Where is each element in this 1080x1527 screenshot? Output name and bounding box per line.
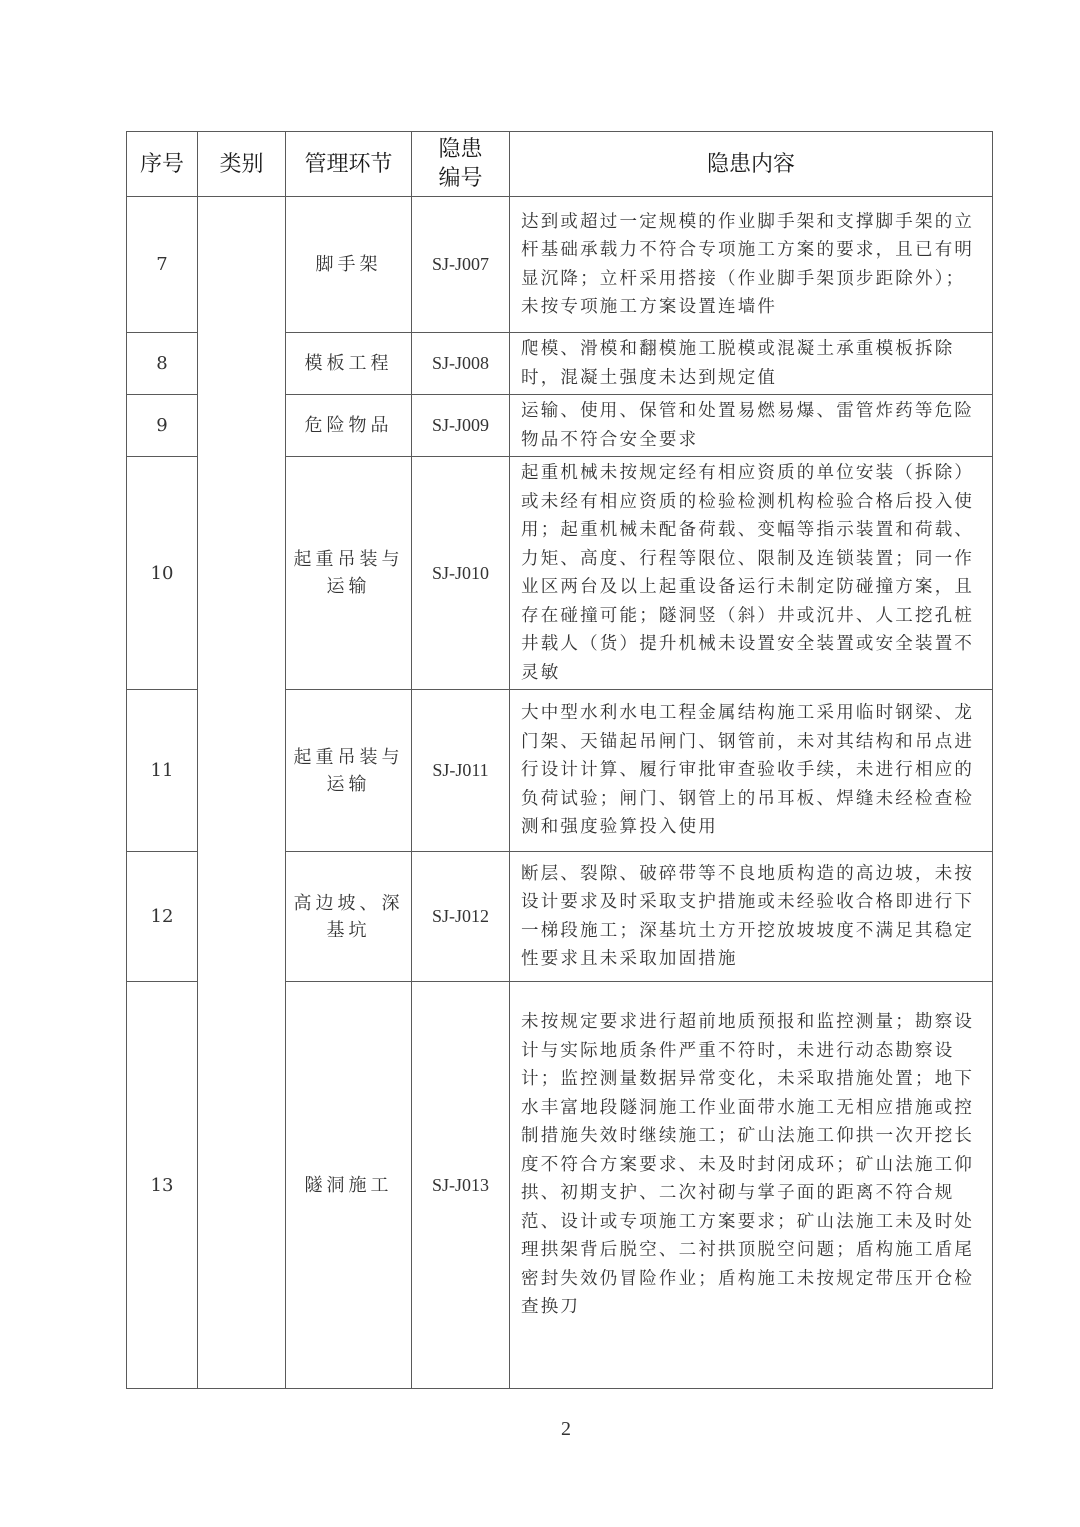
hazard-table: 序号 类别 管理环节 隐患编号 隐患内容 7 脚手架 SJ-J007 达到或超过… bbox=[126, 131, 993, 1389]
row-code: SJ-J012 bbox=[412, 852, 510, 982]
row-content: 未按规定要求进行超前地质预报和监控测量；勘察设计与实际地质条件严重不符时，未进行… bbox=[510, 982, 993, 1389]
header-no: 序号 bbox=[127, 132, 198, 197]
row-code: SJ-J011 bbox=[412, 690, 510, 852]
row-content: 达到或超过一定规模的作业脚手架和支撑脚手架的立杆基础承载力不符合专项施工方案的要… bbox=[510, 197, 993, 333]
row-link: 危险物品 bbox=[286, 395, 412, 457]
category-cell bbox=[198, 197, 286, 1389]
row-link: 起重吊装与运输 bbox=[286, 690, 412, 852]
row-link: 脚手架 bbox=[286, 197, 412, 333]
row-no: 9 bbox=[127, 395, 198, 457]
row-no: 12 bbox=[127, 852, 198, 982]
row-link: 起重吊装与运输 bbox=[286, 457, 412, 690]
row-content: 爬模、滑模和翻模施工脱模或混凝土承重模板拆除时，混凝土强度未达到规定值 bbox=[510, 333, 993, 395]
row-code: SJ-J010 bbox=[412, 457, 510, 690]
row-link: 模板工程 bbox=[286, 333, 412, 395]
row-code: SJ-J008 bbox=[412, 333, 510, 395]
row-link: 高边坡、深基坑 bbox=[286, 852, 412, 982]
row-code: SJ-J013 bbox=[412, 982, 510, 1389]
row-link: 隧洞施工 bbox=[286, 982, 412, 1389]
row-content: 运输、使用、保管和处置易燃易爆、雷管炸药等危险物品不符合安全要求 bbox=[510, 395, 993, 457]
header-code: 隐患编号 bbox=[412, 132, 510, 197]
row-code: SJ-J007 bbox=[412, 197, 510, 333]
header-content: 隐患内容 bbox=[510, 132, 993, 197]
header-link: 管理环节 bbox=[286, 132, 412, 197]
page-number: 2 bbox=[0, 1418, 1080, 1441]
header-category: 类别 bbox=[198, 132, 286, 197]
row-content: 断层、裂隙、破碎带等不良地质构造的高边坡，未按设计要求及时采取支护措施或未经验收… bbox=[510, 852, 993, 982]
header-code-text: 隐患编号 bbox=[437, 135, 485, 193]
table-header-row: 序号 类别 管理环节 隐患编号 隐患内容 bbox=[127, 132, 993, 197]
table-row: 7 脚手架 SJ-J007 达到或超过一定规模的作业脚手架和支撑脚手架的立杆基础… bbox=[127, 197, 993, 333]
row-no: 7 bbox=[127, 197, 198, 333]
row-content: 大中型水利水电工程金属结构施工采用临时钢梁、龙门架、天锚起吊闸门、钢管前，未对其… bbox=[510, 690, 993, 852]
row-no: 10 bbox=[127, 457, 198, 690]
row-code: SJ-J009 bbox=[412, 395, 510, 457]
row-no: 11 bbox=[127, 690, 198, 852]
row-no: 8 bbox=[127, 333, 198, 395]
row-no: 13 bbox=[127, 982, 198, 1389]
row-content: 起重机械未按规定经有相应资质的单位安装（拆除）或未经有相应资质的检验检测机构检验… bbox=[510, 457, 993, 690]
